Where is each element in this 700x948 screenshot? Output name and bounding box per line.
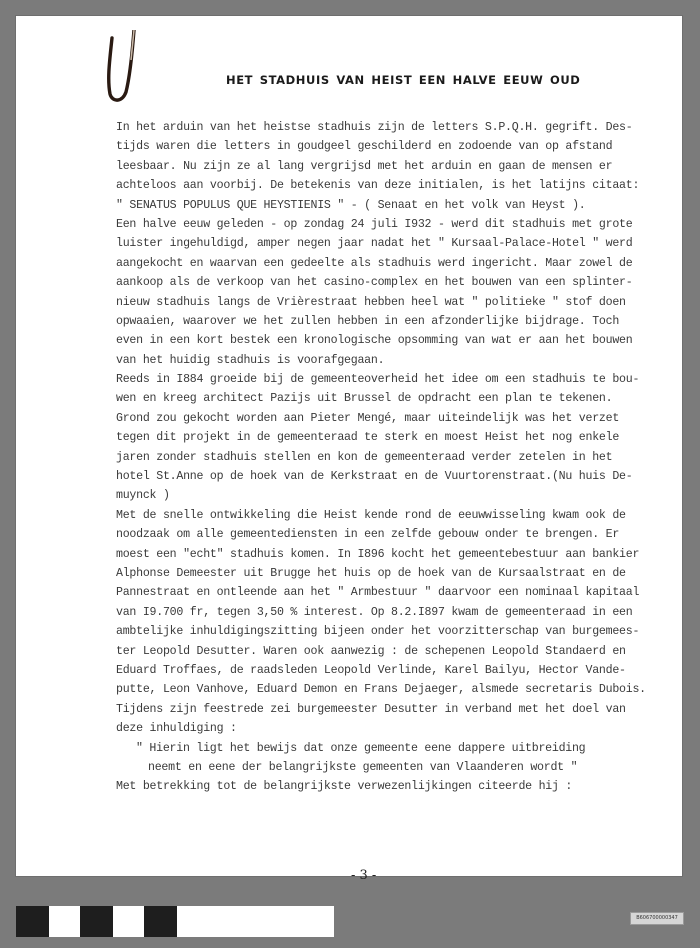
text-line: tegen dit projekt in de gemeenteraad te … (116, 428, 686, 447)
quote-line: " Hierin ligt het bewijs dat onze gemeen… (116, 739, 686, 758)
text-line: Tijdens zijn feestrede zei burgemeester … (116, 700, 686, 719)
colorbar-swatch-black (144, 906, 177, 937)
colorbar-swatch-white (113, 906, 144, 937)
text-line: achteloos aan voorbij. De betekenis van … (116, 176, 686, 195)
text-line: ambtelijke inhuldigingszitting bijeen on… (116, 622, 686, 641)
text-line: tijds waren die letters in goudgeel gesc… (116, 137, 686, 156)
text-line: nieuw stadhuis langs de Vrièrestraat heb… (116, 293, 686, 312)
text-line: deze inhuldiging : (116, 719, 686, 738)
document-title: HET STADHUIS VAN HEIST EEN HALVE EEUW OU… (226, 73, 580, 87)
text-line: Met de snelle ontwikkeling die Heist ken… (116, 506, 686, 525)
text-line: Pannestraat en ontleende aan het " Armbe… (116, 583, 686, 602)
text-line: wen en kreeg architect Pazijs uit Brusse… (116, 389, 686, 408)
text-line: opwaaien, waarover we het zullen hebben … (116, 312, 686, 331)
text-line: even in een kort bestek een kronologisch… (116, 331, 686, 350)
paperclip-icon (104, 30, 140, 104)
text-line: In het arduin van het heistse stadhuis z… (116, 118, 686, 137)
colorbar-swatch-white (177, 906, 334, 937)
text-line: aangekocht en waarvan een gedeelte als s… (116, 254, 686, 273)
text-line: Reeds in I884 groeide bij de gemeenteove… (116, 370, 686, 389)
colorbar-swatch-white (49, 906, 80, 937)
text-line: van het huidig stadhuis is voorafgegaan. (116, 351, 686, 370)
text-line: van I9.700 fr, tegen 3,50 % interest. Op… (116, 603, 686, 622)
text-line: hotel St.Anne op de hoek van de Kerkstra… (116, 467, 686, 486)
text-line: leesbaar. Nu zijn ze al lang vergrijsd m… (116, 157, 686, 176)
colorbar-swatch-black (16, 906, 49, 937)
document-body: In het arduin van het heistse stadhuis z… (116, 118, 686, 797)
closing-line: Met betrekking tot de belangrijkste verw… (116, 777, 686, 796)
text-line: noodzaak om alle gemeentediensten in een… (116, 525, 686, 544)
text-line: " SENATUS POPULUS QUE HEYSTIENIS " - ( S… (116, 196, 686, 215)
archive-label: B606700000347 (630, 912, 684, 925)
quote-line: neemt en eene der belangrijkste gemeente… (116, 758, 686, 777)
colorbar-swatch-black (80, 906, 113, 937)
text-line: Eduard Troffaes, de raadsleden Leopold V… (116, 661, 686, 680)
text-line: moest een "echt" stadhuis komen. In I896… (116, 545, 686, 564)
text-line: luister ingehuldigd, amper negen jaar na… (116, 234, 686, 253)
text-line: muynck ) (116, 486, 686, 505)
scan-colorbar (16, 906, 334, 937)
page-number: - 3 - (351, 868, 376, 883)
text-line: jaren zonder stadhuis stellen en kon de … (116, 448, 686, 467)
text-line: Grond zou gekocht worden aan Pieter Meng… (116, 409, 686, 428)
text-line: putte, Leon Vanhove, Eduard Demon en Fra… (116, 680, 686, 699)
text-line: ter Leopold Desutter. Waren ook aanwezig… (116, 642, 686, 661)
text-line: Een halve eeuw geleden - op zondag 24 ju… (116, 215, 686, 234)
text-line: Alphonse Demeester uit Brugge het huis o… (116, 564, 686, 583)
text-line: aankoop als de verkoop van het casino-co… (116, 273, 686, 292)
